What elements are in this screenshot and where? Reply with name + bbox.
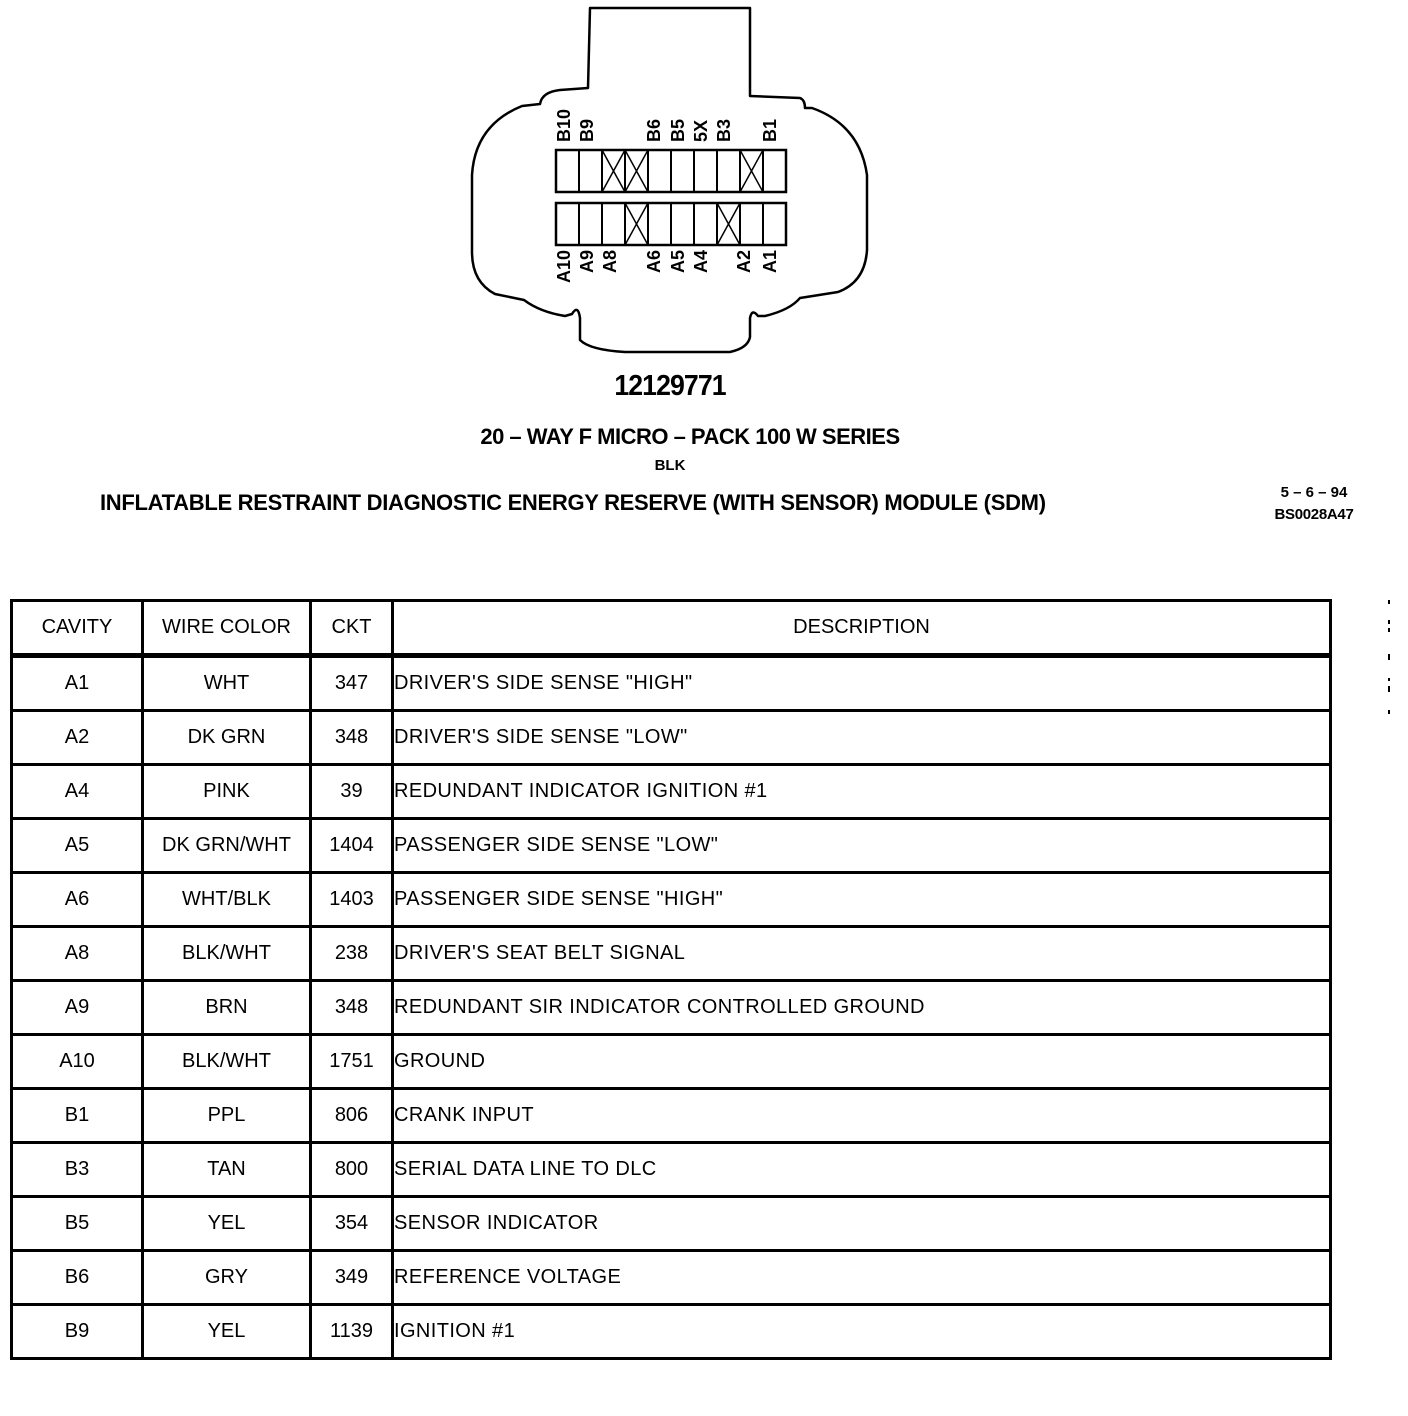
cell-wire-color: YEL xyxy=(143,1197,311,1251)
table-row: B3TAN800SERIAL DATA LINE TO DLC xyxy=(12,1143,1331,1197)
cavity-label: B6 xyxy=(644,119,664,142)
table-row: B6GRY349REFERENCE VOLTAGE xyxy=(12,1251,1331,1305)
cell-wire-color: DK GRN xyxy=(143,711,311,765)
table-row: B1PPL806CRANK INPUT xyxy=(12,1089,1331,1143)
cavity-label: B5 xyxy=(668,119,688,142)
scan-edge-marks xyxy=(1388,598,1390,718)
cell-cavity: A5 xyxy=(12,819,143,873)
cell-wire-color: GRY xyxy=(143,1251,311,1305)
cell-ckt: 1404 xyxy=(311,819,393,873)
cell-ckt: 39 xyxy=(311,765,393,819)
cell-ckt: 348 xyxy=(311,981,393,1035)
cavity-label: A5 xyxy=(668,250,688,273)
cell-description: PASSENGER SIDE SENSE "HIGH" xyxy=(393,873,1331,927)
cell-wire-color: DK GRN/WHT xyxy=(143,819,311,873)
cell-cavity: B3 xyxy=(12,1143,143,1197)
cell-wire-color: TAN xyxy=(143,1143,311,1197)
cavity-label: B10 xyxy=(554,109,574,142)
cell-cavity: A8 xyxy=(12,927,143,981)
cell-description: IGNITION #1 xyxy=(393,1305,1331,1359)
table-row: A6WHT/BLK1403PASSENGER SIDE SENSE "HIGH" xyxy=(12,873,1331,927)
drawing-code: BS0028A47 xyxy=(1258,506,1370,523)
cell-ckt: 806 xyxy=(311,1089,393,1143)
cell-ckt: 348 xyxy=(311,711,393,765)
cell-ckt: 800 xyxy=(311,1143,393,1197)
cell-wire-color: BLK/WHT xyxy=(143,1035,311,1089)
cavity-label: B1 xyxy=(760,119,780,142)
cell-cavity: B6 xyxy=(12,1251,143,1305)
header-cavity: CAVITY xyxy=(12,601,143,656)
cell-description: REDUNDANT INDICATOR IGNITION #1 xyxy=(393,765,1331,819)
cavity-labels: B10B9B6B55XB3B1A10A9A8A6A5A4A2A1 xyxy=(554,109,780,283)
cavity-label: A10 xyxy=(554,250,574,283)
table-row: A2DK GRN348DRIVER'S SIDE SENSE "LOW" xyxy=(12,711,1331,765)
cell-cavity: B5 xyxy=(12,1197,143,1251)
table-header-row: CAVITY WIRE COLOR CKT DESCRIPTION xyxy=(12,601,1331,656)
connector-series: 20 – WAY F MICRO – PACK 100 W SERIES xyxy=(0,424,1380,450)
cavity-label: A9 xyxy=(577,250,597,273)
table-row: A10BLK/WHT1751GROUND xyxy=(12,1035,1331,1089)
cavity-label: A8 xyxy=(600,250,620,273)
table-row: A4PINK39REDUNDANT INDICATOR IGNITION #1 xyxy=(12,765,1331,819)
cell-cavity: B9 xyxy=(12,1305,143,1359)
cavity-label: A4 xyxy=(691,250,711,273)
cavity-label: A2 xyxy=(734,250,754,273)
cell-ckt: 238 xyxy=(311,927,393,981)
cell-wire-color: BLK/WHT xyxy=(143,927,311,981)
cell-description: GROUND xyxy=(393,1035,1331,1089)
drawing-date: 5 – 6 – 94 xyxy=(1258,484,1370,501)
cell-description: SENSOR INDICATOR xyxy=(393,1197,1331,1251)
connector-color: BLK xyxy=(0,457,1340,474)
cavity-grid xyxy=(556,150,786,245)
cell-description: DRIVER'S SEAT BELT SIGNAL xyxy=(393,927,1331,981)
cell-ckt: 1139 xyxy=(311,1305,393,1359)
connector-part-number: 12129771 xyxy=(54,370,1287,403)
cell-wire-color: BRN xyxy=(143,981,311,1035)
cell-cavity: A6 xyxy=(12,873,143,927)
cell-description: PASSENGER SIDE SENSE "LOW" xyxy=(393,819,1331,873)
cell-wire-color: PPL xyxy=(143,1089,311,1143)
cell-description: REDUNDANT SIR INDICATOR CONTROLLED GROUN… xyxy=(393,981,1331,1035)
cell-cavity: A10 xyxy=(12,1035,143,1089)
cavity-label: B9 xyxy=(577,119,597,142)
cell-ckt: 349 xyxy=(311,1251,393,1305)
cell-wire-color: WHT xyxy=(143,656,311,711)
pinout-table: CAVITY WIRE COLOR CKT DESCRIPTION A1WHT3… xyxy=(10,599,1332,1360)
header-description: DESCRIPTION xyxy=(393,601,1331,656)
cell-ckt: 354 xyxy=(311,1197,393,1251)
cell-cavity: A2 xyxy=(12,711,143,765)
connector-face-diagram: B10B9B6B55XB3B1A10A9A8A6A5A4A2A1 xyxy=(460,0,880,360)
cell-cavity: A1 xyxy=(12,656,143,711)
header-wire-color: WIRE COLOR xyxy=(143,601,311,656)
cell-description: DRIVER'S SIDE SENSE "HIGH" xyxy=(393,656,1331,711)
cavity-label: 5X xyxy=(691,120,711,142)
cavity-label: A1 xyxy=(760,250,780,273)
cell-ckt: 1751 xyxy=(311,1035,393,1089)
cell-cavity: B1 xyxy=(12,1089,143,1143)
table-row: A9BRN348REDUNDANT SIR INDICATOR CONTROLL… xyxy=(12,981,1331,1035)
cell-description: REFERENCE VOLTAGE xyxy=(393,1251,1331,1305)
cell-wire-color: PINK xyxy=(143,765,311,819)
cavity-label: A6 xyxy=(644,250,664,273)
table-row: A1WHT347DRIVER'S SIDE SENSE "HIGH" xyxy=(12,656,1331,711)
cell-ckt: 347 xyxy=(311,656,393,711)
cell-description: DRIVER'S SIDE SENSE "LOW" xyxy=(393,711,1331,765)
cell-description: SERIAL DATA LINE TO DLC xyxy=(393,1143,1331,1197)
cell-ckt: 1403 xyxy=(311,873,393,927)
table-row: B5YEL354SENSOR INDICATOR xyxy=(12,1197,1331,1251)
table-row: B9YEL1139IGNITION #1 xyxy=(12,1305,1331,1359)
table-row: A5DK GRN/WHT1404PASSENGER SIDE SENSE "LO… xyxy=(12,819,1331,873)
cell-cavity: A9 xyxy=(12,981,143,1035)
cell-cavity: A4 xyxy=(12,765,143,819)
table-row: A8BLK/WHT238DRIVER'S SEAT BELT SIGNAL xyxy=(12,927,1331,981)
cavity-label: B3 xyxy=(714,119,734,142)
header-ckt: CKT xyxy=(311,601,393,656)
cell-wire-color: WHT/BLK xyxy=(143,873,311,927)
cell-description: CRANK INPUT xyxy=(393,1089,1331,1143)
module-name: INFLATABLE RESTRAINT DIAGNOSTIC ENERGY R… xyxy=(100,490,1046,516)
cell-wire-color: YEL xyxy=(143,1305,311,1359)
